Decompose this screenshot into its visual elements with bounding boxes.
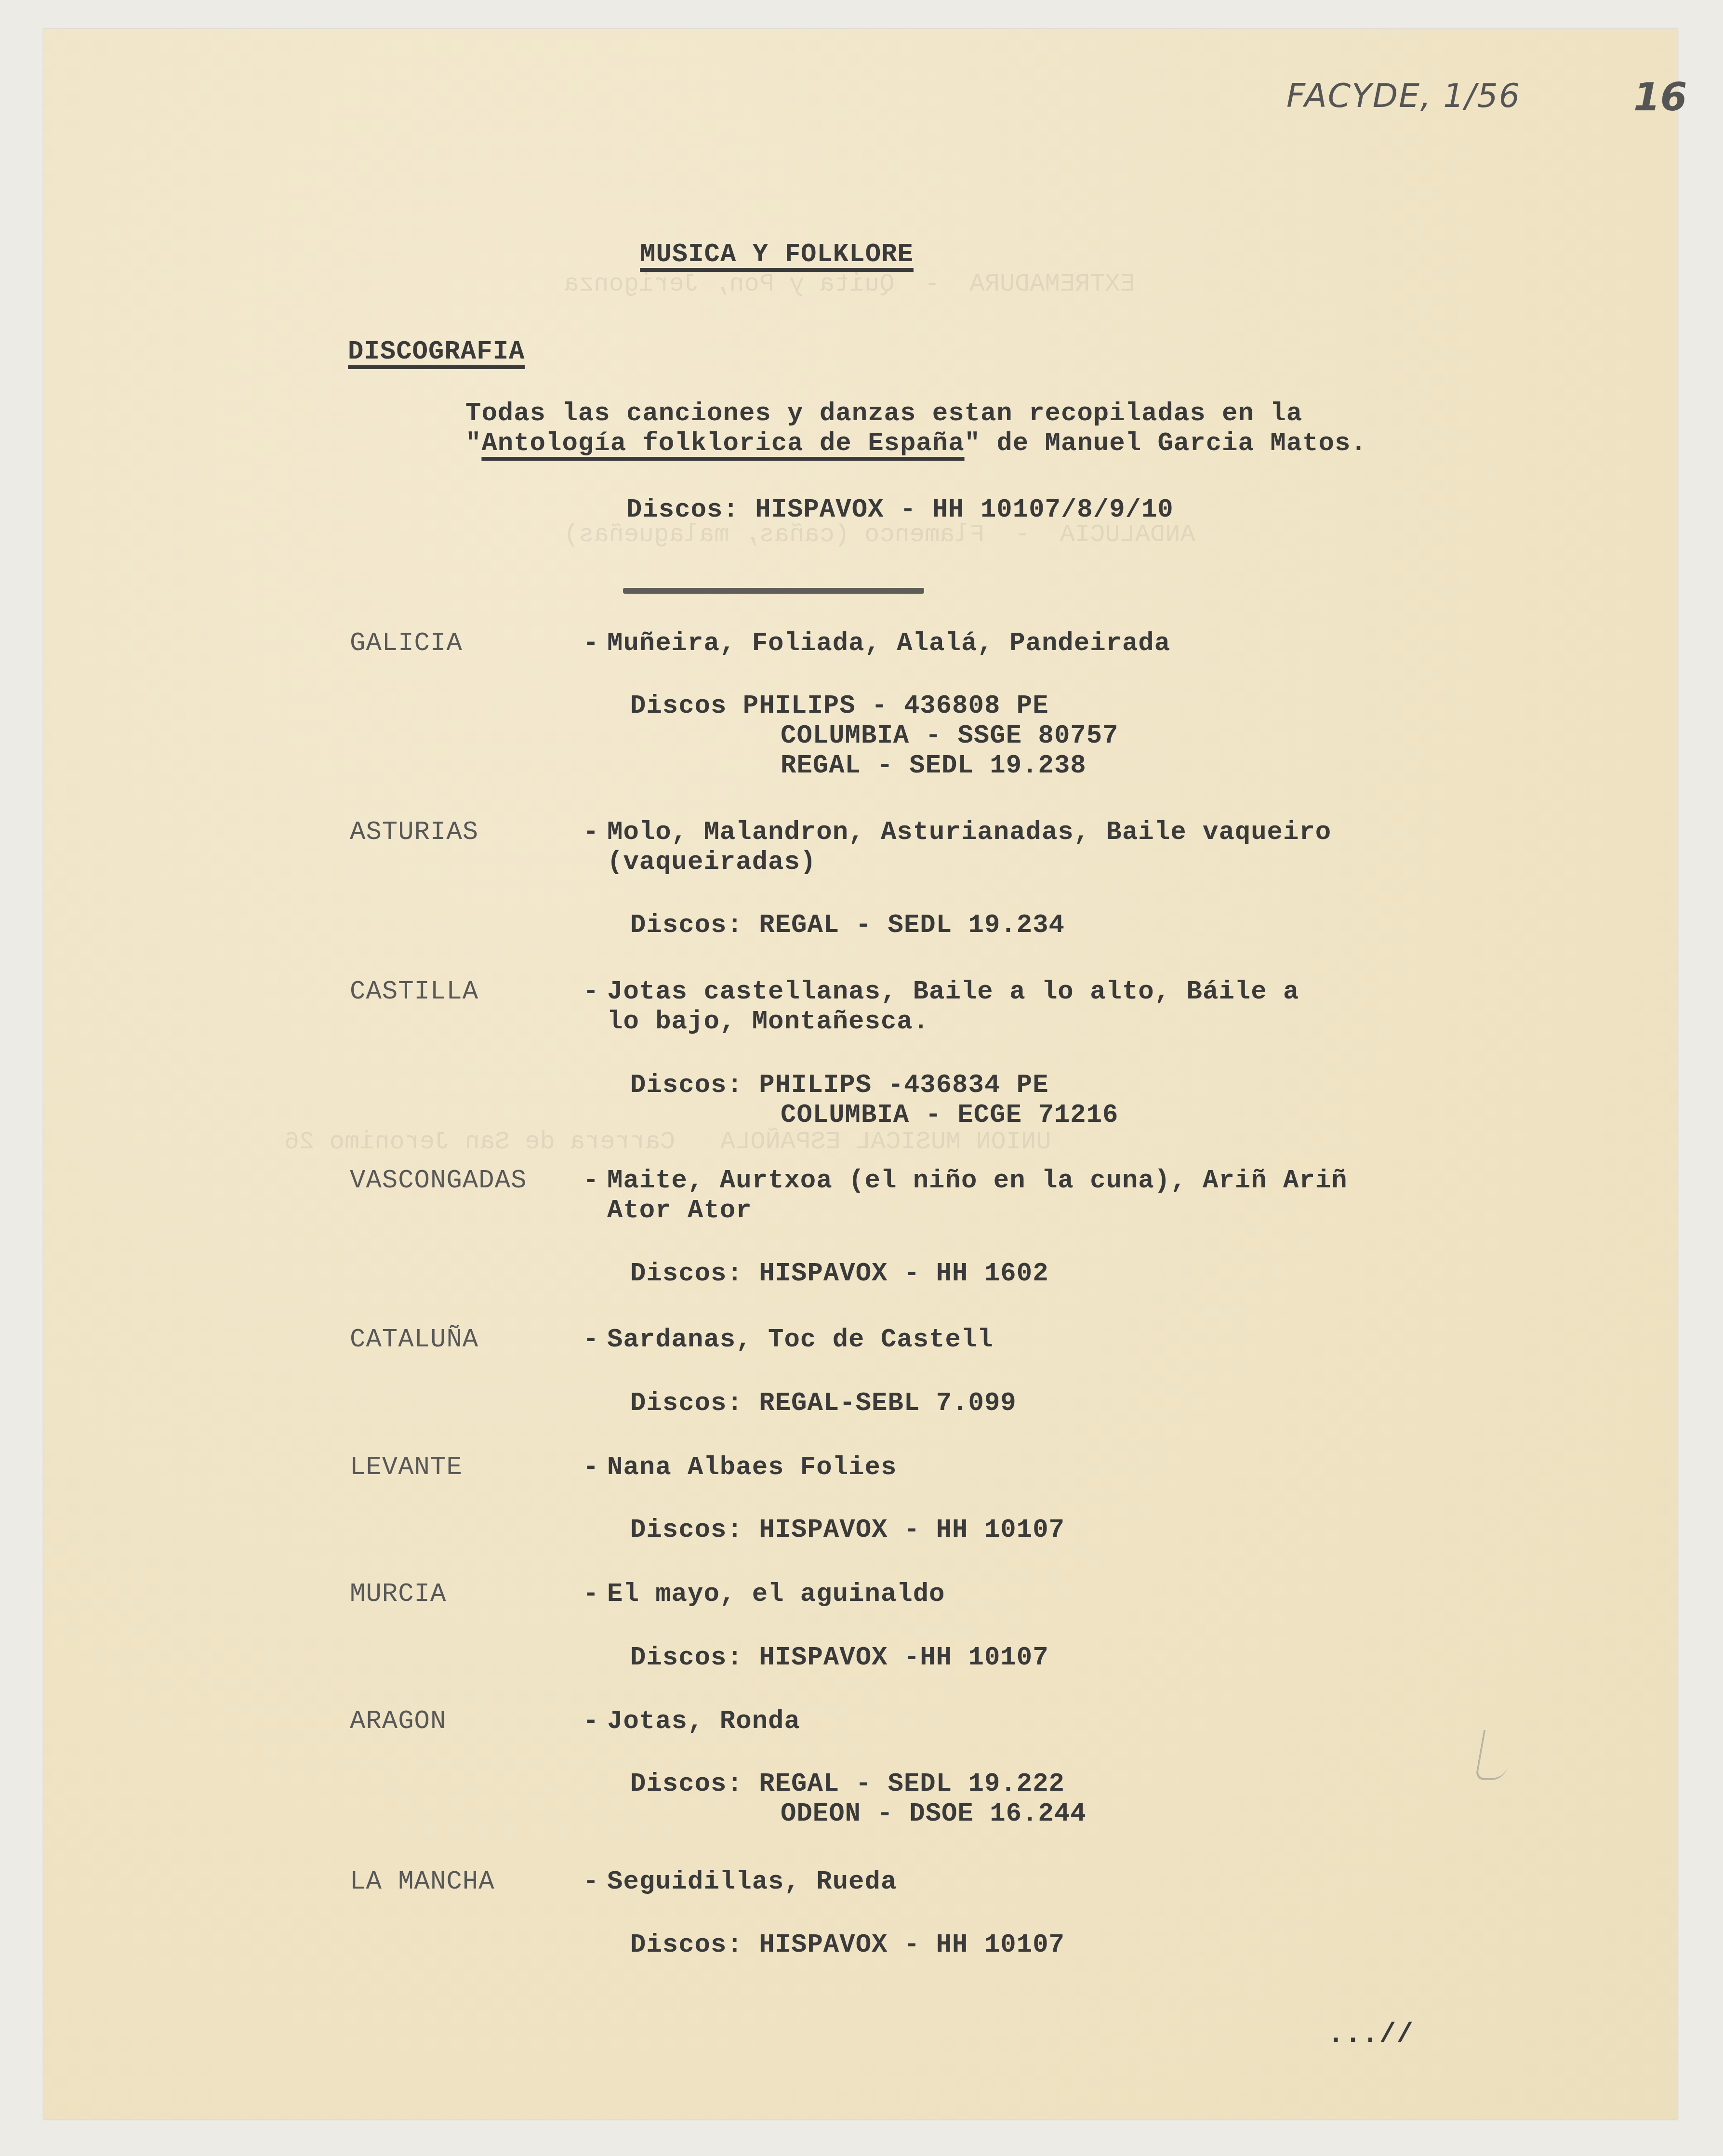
region-desc: lo bajo, Montañesca.	[607, 1007, 929, 1037]
region-name: CATALUÑA	[350, 1325, 478, 1355]
document-title: MUSICA Y FOLKLORE	[640, 240, 914, 269]
dash: -	[583, 1453, 599, 1482]
divider-rule	[623, 588, 924, 594]
region-discos: Discos: HISPAVOX - HH 1602	[630, 1259, 1049, 1289]
dash: -	[583, 818, 599, 847]
region-desc: Ator Ator	[607, 1196, 752, 1225]
page-number: 16	[1633, 75, 1687, 120]
region-discos: Discos: PHILIPS -436834 PE	[630, 1071, 1049, 1100]
region-name: LA MANCHA	[350, 1867, 495, 1897]
region-discos: COLUMBIA - SSGE 80757	[781, 721, 1119, 751]
region-desc: Seguidillas, Rueda	[607, 1867, 897, 1897]
region-discos: Discos: HISPAVOX - HH 10107	[630, 1930, 1065, 1960]
section-heading: DISCOGRAFIA	[348, 337, 525, 367]
archive-reference: FACYDE, 1/56	[1286, 77, 1521, 115]
bleed-through-text: UNION MUSICAL ESPAÑOLA Carrera de San Je…	[284, 1128, 1051, 1156]
region-name: LEVANTE	[350, 1453, 463, 1482]
region-desc: Molo, Malandron, Asturianadas, Baile vaq…	[607, 818, 1331, 847]
region-desc: (vaqueiradas)	[607, 848, 816, 877]
dash: -	[583, 977, 599, 1007]
region-name: ASTURIAS	[350, 818, 478, 847]
region-name: GALICIA	[350, 629, 463, 658]
bleed-through-text: EXTREMADURA - Quita y Pon, Jerigonza	[564, 270, 1135, 298]
region-discos: REGAL - SEDL 19.238	[781, 751, 1087, 781]
region-discos: ODEON - DSOE 16.244	[781, 1799, 1087, 1829]
region-name: VASCONGADAS	[350, 1166, 527, 1196]
quote-mark: "	[465, 429, 481, 458]
dash: -	[583, 1867, 599, 1897]
region-discos: COLUMBIA - ECGE 71216	[781, 1101, 1119, 1130]
dash: -	[583, 1166, 599, 1196]
region-name: ARAGON	[350, 1707, 446, 1736]
intro-author: " de Manuel Garcia Matos.	[965, 429, 1367, 458]
region-desc: Jotas, Ronda	[607, 1707, 800, 1736]
region-name: MURCIA	[350, 1580, 446, 1609]
region-discos: Discos: REGAL-SEBL 7.099	[630, 1389, 1017, 1418]
intro-line-1: Todas las canciones y danzas estan recop…	[465, 399, 1302, 428]
region-discos: Discos: REGAL - SEDL 19.222	[630, 1770, 1065, 1799]
pencil-mark	[1475, 1730, 1514, 1780]
region-desc: Jotas castellanas, Baile a lo alto, Báil…	[607, 977, 1299, 1007]
region-desc: Maite, Aurtxoa (el niño en la cuna), Ari…	[607, 1166, 1348, 1196]
document-page: EXTREMADURA - Quita y Pon, Jerigonza AND…	[43, 29, 1678, 2119]
main-discos: Discos: HISPAVOX - HH 10107/8/9/10	[626, 495, 1174, 525]
region-desc: El mayo, el aguinaldo	[607, 1580, 945, 1609]
region-desc: Sardanas, Toc de Castell	[607, 1325, 994, 1355]
region-name: CASTILLA	[350, 977, 478, 1007]
dash: -	[583, 1325, 599, 1355]
dash: -	[583, 1580, 599, 1609]
continuation-mark: ...//	[1327, 2019, 1414, 2050]
dash: -	[583, 1707, 599, 1736]
anthology-title: Antología folklorica de España	[481, 429, 964, 458]
region-discos: Discos: HISPAVOX - HH 10107	[630, 1516, 1065, 1545]
region-discos: Discos PHILIPS - 436808 PE	[630, 692, 1049, 721]
region-discos: Discos: REGAL - SEDL 19.234	[630, 911, 1065, 940]
dash: -	[583, 629, 599, 658]
intro-line-2: "Antología folklorica de España" de Manu…	[465, 429, 1367, 458]
region-desc: Nana Albaes Folies	[607, 1453, 897, 1482]
region-discos: Discos: HISPAVOX -HH 10107	[630, 1643, 1049, 1673]
region-desc: Muñeira, Foliada, Alalá, Pandeirada	[607, 629, 1170, 658]
